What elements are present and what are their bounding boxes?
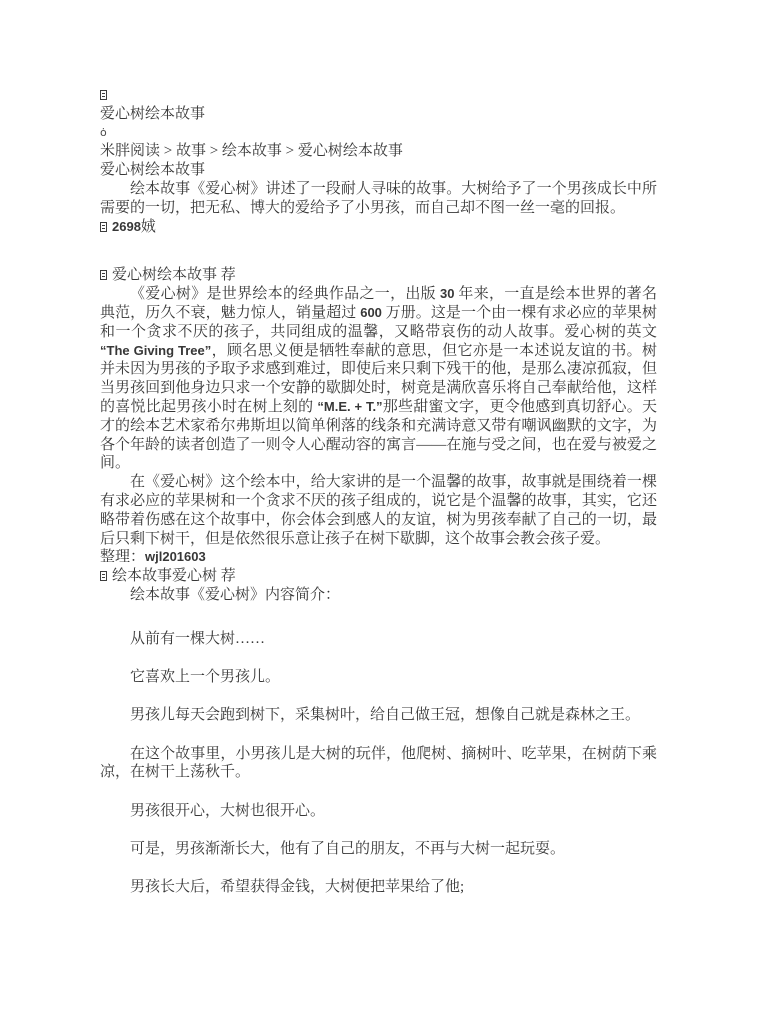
views-line: 2698娀 xyxy=(100,218,657,237)
missing-glyph-icon xyxy=(100,90,107,100)
story-paragraph: 从前有一棵大树…… xyxy=(100,630,657,649)
story-paragraph: 可是，男孩渐渐长大，他有了自己的朋友，不再与大树一起玩耍。 xyxy=(100,840,657,859)
document-page: 爱心树绘本故事 ȯ 米胖阅读 > 故事 > 绘本故事 > 爱心树绘本故事 爱心树… xyxy=(0,0,768,1024)
story-paragraph: 男孩儿每天会跑到树下，采集树叶，给自己做王冠，想像自己就是森林之王。 xyxy=(100,706,657,725)
story-paragraph: 男孩长大后，希望获得金钱，大树便把苹果给了他; xyxy=(100,878,657,897)
missing-glyph-icon xyxy=(100,222,107,232)
latin-text: “The Giving Tree” xyxy=(100,343,211,358)
story-paragraph: 男孩很开心，大树也很开心。 xyxy=(100,802,657,821)
missing-glyph-icon xyxy=(100,270,107,280)
editor-line: 整理：wjl201603 xyxy=(100,548,657,567)
section-2-intro-line: 绘本故事《爱心树》内容简介： xyxy=(100,586,657,605)
document-content: 爱心树绘本故事 ȯ 米胖阅读 > 故事 > 绘本故事 > 爱心树绘本故事 爱心树… xyxy=(100,0,657,897)
article-title: 爱心树绘本故事 xyxy=(100,161,657,180)
latin-text: wjl201603 xyxy=(145,549,206,564)
section-2-heading: 绘本故事爱心树 荐 xyxy=(100,567,657,586)
section-1-paragraph: 《爱心树》是世界绘本的经典作品之一，出版 30 年来，一直是绘本世界的著名典范，… xyxy=(100,285,657,473)
section-1-heading-text: 爱心树绘本故事 荐 xyxy=(112,267,236,283)
breadcrumb: 米胖阅读 > 故事 > 绘本故事 > 爱心树绘本故事 xyxy=(100,142,657,161)
section-2-heading-text: 绘本故事爱心树 荐 xyxy=(112,568,236,584)
story-paragraph-list: 从前有一棵大树……它喜欢上一个男孩儿。男孩儿每天会跑到树下，采集树叶，给自己做王… xyxy=(100,630,657,897)
latin-text: 2698 xyxy=(112,219,141,234)
section-1-heading: 爱心树绘本故事 荐 xyxy=(100,266,657,285)
latin-text: “M.E. + T.” xyxy=(317,399,382,414)
top-marker-line xyxy=(100,86,657,105)
stray-accent-char: ȯ xyxy=(100,124,657,143)
views-count: 2698娀 xyxy=(112,219,156,235)
story-paragraph: 它喜欢上一个男孩儿。 xyxy=(100,668,657,687)
latin-text: 600 xyxy=(360,305,385,320)
missing-glyph-icon xyxy=(100,571,107,581)
latin-text: 30 xyxy=(440,286,458,301)
doc-title: 爱心树绘本故事 xyxy=(100,105,657,124)
story-paragraph: 在这个故事里，小男孩儿是大树的玩伴，他爬树、摘树叶、吃苹果，在树荫下乘凉，在树干… xyxy=(100,745,657,783)
intro-paragraph: 绘本故事《爱心树》讲述了一段耐人寻味的故事。大树给予了一个男孩成长中所需要的一切… xyxy=(100,180,657,218)
section-1-paragraph: 在《爱心树》这个绘本中，给大家讲的是一个温馨的故事，故事就是围绕着一棵有求必应的… xyxy=(100,473,657,548)
